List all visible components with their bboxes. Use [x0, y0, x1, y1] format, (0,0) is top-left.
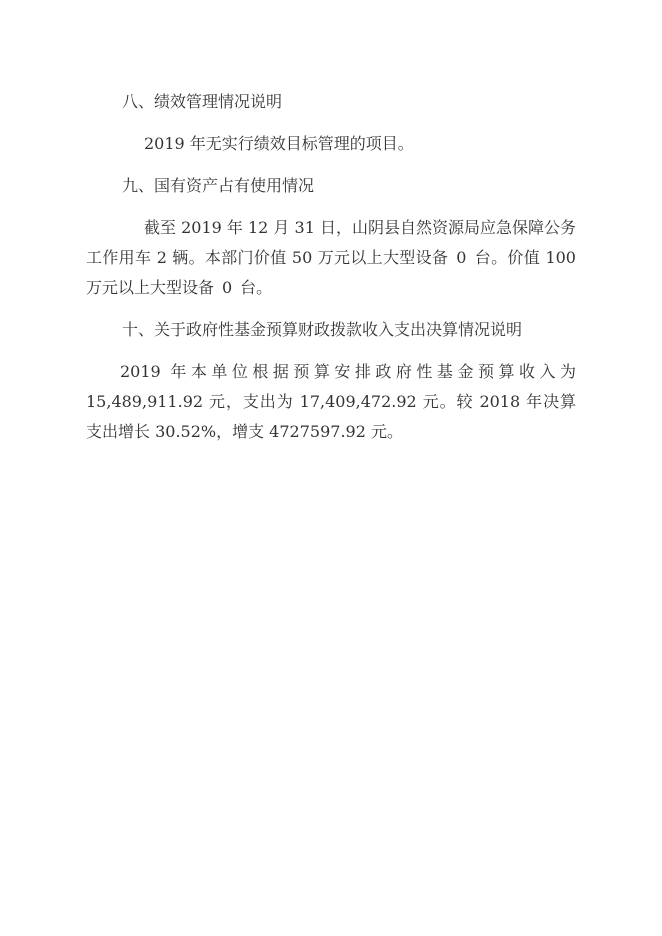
section-heading-viii-performance: 八、绩效管理情况说明 — [86, 87, 576, 117]
document-page: 八、绩效管理情况说明 2019 年无实行绩效目标管理的项目。 九、国有资产占有使… — [0, 0, 662, 936]
paragraph-government-fund-budget: 2019 年本单位根据预算安排政府性基金预算收入为 15,489,911.92 … — [86, 357, 576, 447]
section-heading-x-government-fund: 十、关于政府性基金预算财政拨款收入支出决算情况说明 — [86, 315, 576, 345]
section-heading-ix-state-assets: 九、国有资产占有使用情况 — [86, 171, 576, 201]
paragraph-state-assets-usage: 截至 2019 年 12 月 31 日，山阴县自然资源局应急保障公务工作用车 2… — [86, 213, 576, 303]
document-content: 八、绩效管理情况说明 2019 年无实行绩效目标管理的项目。 九、国有资产占有使… — [0, 0, 662, 447]
paragraph-performance-management: 2019 年无实行绩效目标管理的项目。 — [86, 129, 576, 159]
